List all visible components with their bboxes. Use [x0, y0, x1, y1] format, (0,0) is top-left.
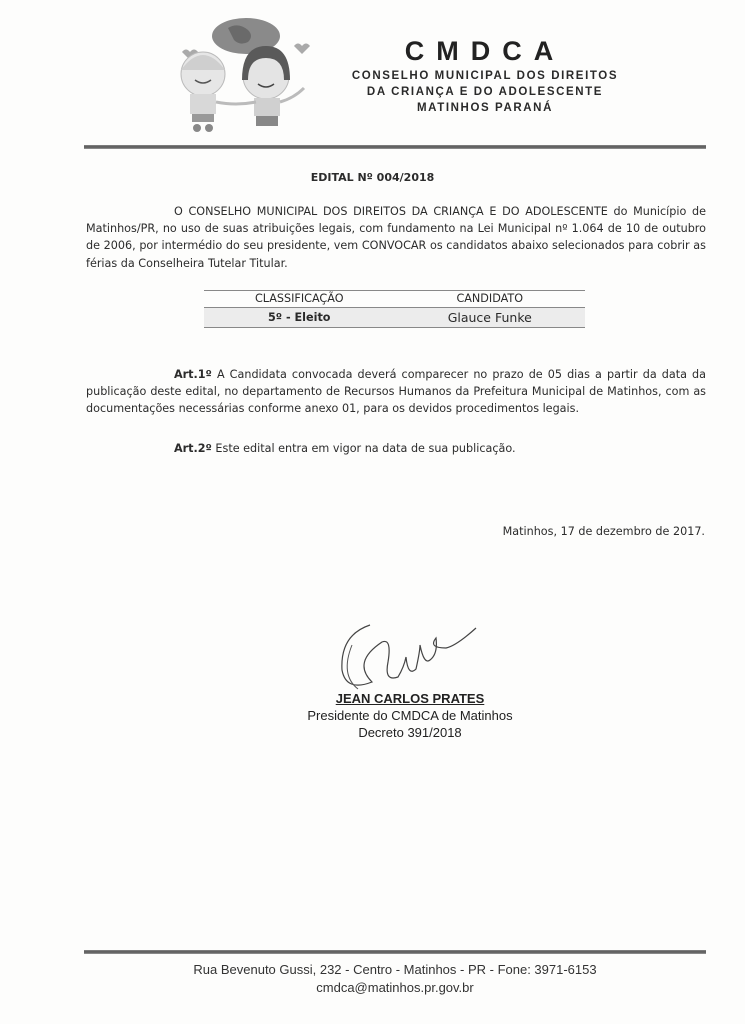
column-header-classification: CLASSIFICAÇÃO — [204, 291, 395, 308]
org-acronym: CMDCA — [335, 36, 635, 67]
table-row: 5º - Eleito Glauce Funke — [204, 308, 585, 328]
signer-name: JEAN CARLOS PRATES — [260, 691, 560, 706]
table-header-row: CLASSIFICAÇÃO CANDIDATO — [204, 291, 585, 308]
candidates-table: CLASSIFICAÇÃO CANDIDATO 5º - Eleito Glau… — [204, 290, 585, 328]
article-1: Art.1º A Candidata convocada deverá comp… — [86, 366, 706, 418]
article-2-label: Art.2º — [174, 442, 212, 455]
org-name-line1: CONSELHO MUNICIPAL DOS DIREITOS — [320, 70, 650, 82]
classification-cell: 5º - Eleito — [204, 308, 395, 328]
signature-scribble-icon — [330, 615, 510, 695]
article-1-label: Art.1º — [174, 368, 212, 381]
candidate-cell: Glauce Funke — [395, 308, 586, 328]
article-2: Art.2º Este edital entra em vigor na dat… — [86, 440, 706, 457]
org-location: MATINHOS PARANÁ — [320, 102, 650, 114]
article-2-text: Este edital entra em vigor na data de su… — [212, 442, 516, 455]
intro-paragraph: O CONSELHO MUNICIPAL DOS DIREITOS DA CRI… — [86, 203, 706, 272]
signer-role: Presidente do CMDCA de Matinhos — [260, 708, 560, 723]
signer-decree: Decreto 391/2018 — [260, 725, 560, 740]
place-date: Matinhos, 17 de dezembro de 2017. — [503, 523, 705, 540]
footer-email[interactable]: cmdca@matinhos.pr.gov.br — [84, 980, 706, 995]
footer-divider — [84, 950, 706, 954]
org-name-line2: DA CRIANÇA E DO ADOLESCENTE — [320, 86, 650, 98]
column-header-candidate: CANDIDATO — [395, 291, 586, 308]
children-with-globe-logo-icon — [168, 14, 328, 136]
footer-address: Rua Bevenuto Gussi, 232 - Centro - Matin… — [84, 962, 706, 977]
header-divider — [84, 145, 706, 149]
document-title: EDITAL Nº 004/2018 — [0, 169, 745, 186]
